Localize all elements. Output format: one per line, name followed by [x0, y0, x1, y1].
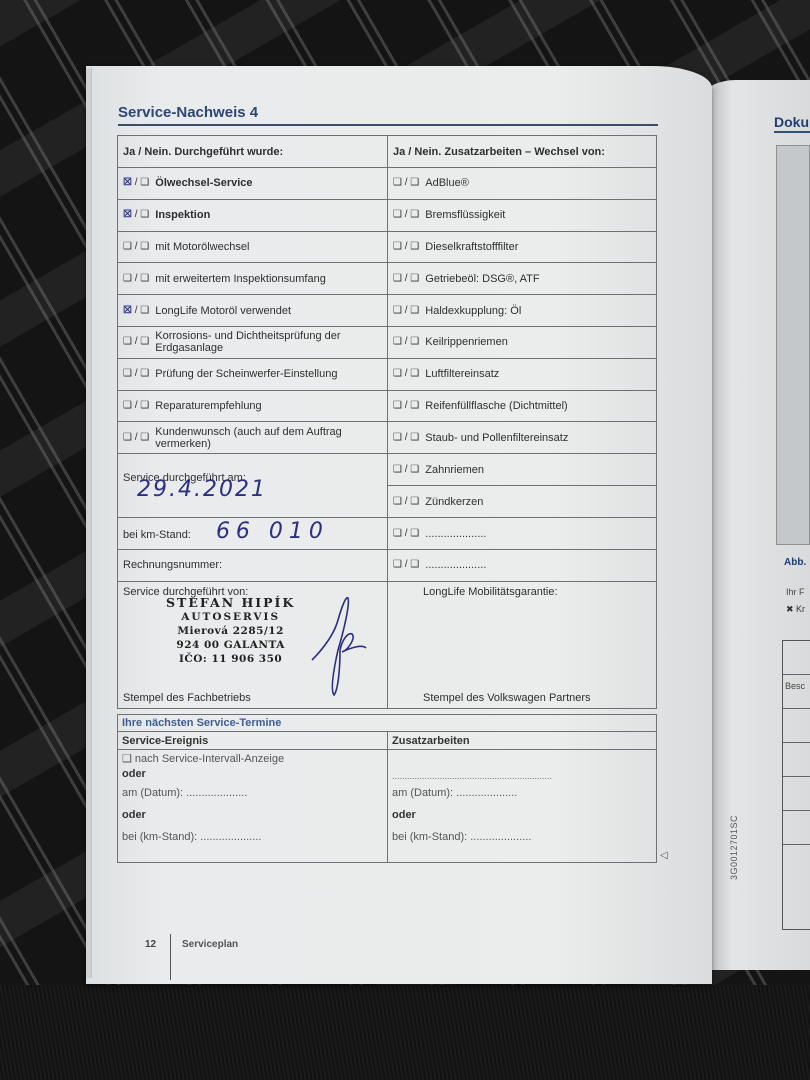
yes-no-checkbox[interactable]: ❑ / ❑ — [393, 528, 419, 540]
workshop-stamp-cell: Service durchgeführt von: STEFAN HIPÍK A… — [118, 581, 388, 708]
partner-stamp-cell: LongLife Mobilitätsgarantie: Stempel des… — [388, 581, 657, 708]
km-label: bei km-Stand: — [123, 529, 191, 541]
document-code: 3G0012701SC — [729, 815, 739, 880]
yes-no-checkbox[interactable]: ❑ / ❑ — [393, 400, 419, 412]
workshop-stamp: STEFAN HIPÍK AUTOSERVIS Mierová 2285/12 … — [166, 596, 295, 666]
service-date-cell[interactable]: Service durchgeführt am: 29.4.2021 — [118, 454, 388, 518]
km-value: 66 010 — [216, 519, 329, 544]
right-item-6[interactable]: ❑ / ❑Luftfiltereinsatz — [388, 358, 657, 390]
right-item-2[interactable]: ❑ / ❑Dieselkraftstofffilter — [388, 231, 657, 263]
right-table-row — [783, 777, 810, 811]
yes-no-checkbox[interactable]: ❑ / ❑ — [393, 305, 419, 317]
yes-no-checkbox[interactable]: ❑ / ❑ — [393, 464, 419, 476]
left-item-0[interactable]: ☒ / ❑Ölwechsel-Service — [118, 168, 388, 200]
right-page-text: Ihr F — [786, 587, 805, 597]
yes-no-checkbox[interactable]: ❑ / ❑ — [393, 432, 419, 444]
yes-no-checkbox[interactable]: ❑ / ❑ — [393, 209, 419, 221]
additional-work-field[interactable]: ........................................… — [392, 752, 652, 782]
yes-no-checkbox[interactable]: ❑ / ❑ — [393, 496, 419, 508]
yes-no-checkbox[interactable]: ❑ / ❑ — [123, 368, 149, 380]
yes-no-checkbox[interactable]: ❑ / ❑ — [123, 432, 149, 444]
additional-km-field[interactable]: bei (km-Stand): .................... — [392, 826, 652, 848]
left-item-2[interactable]: ❑ / ❑mit Motorölwechsel — [118, 231, 388, 263]
right-item-0[interactable]: ❑ / ❑AdBlue® — [388, 168, 657, 200]
invoice-label: Rechnungsnummer: — [123, 559, 222, 571]
signature-icon — [308, 590, 368, 700]
right-title-rule — [774, 131, 810, 133]
right-item-7[interactable]: ❑ / ❑Reifenfüllflasche (Dichtmittel) — [388, 390, 657, 422]
left-item-8[interactable]: ❑ / ❑Kundenwunsch (auch auf dem Auftrag … — [118, 422, 388, 454]
right-table-row: Besc — [783, 675, 810, 709]
or-label: oder — [122, 766, 383, 782]
interval-checkbox[interactable]: ❑ nach Service-Intervall-Anzeige — [122, 752, 383, 766]
checked-yes-checkbox[interactable]: ☒ / ❑ — [123, 177, 149, 189]
next-service-table: Ihre nächsten Service-Termine Service-Er… — [117, 714, 657, 863]
stamp-caption: Stempel des Fachbetriebs — [123, 692, 251, 704]
or-label: oder — [122, 804, 383, 826]
yes-no-checkbox[interactable]: ❑ / ❑ — [393, 241, 419, 253]
right-item-5[interactable]: ❑ / ❑Keilrippenriemen — [388, 326, 657, 358]
next-service-title: Ihre nächsten Service-Termine — [118, 715, 657, 732]
header-performed: Ja / Nein. Durchgeführt wurde: — [118, 136, 388, 168]
right-item-12[interactable]: ❑ / ❑.................... — [388, 549, 657, 581]
left-item-3[interactable]: ❑ / ❑mit erweitertem Inspektionsumfang — [118, 263, 388, 295]
checked-yes-checkbox[interactable]: ☒ / ❑ — [123, 209, 149, 221]
right-page-figure — [776, 145, 810, 545]
fabric-background — [0, 985, 810, 1080]
right-table-row — [783, 709, 810, 743]
yes-no-checkbox[interactable]: ❑ / ❑ — [123, 241, 149, 253]
right-item-3[interactable]: ❑ / ❑Getriebeöl: DSG®, ATF — [388, 263, 657, 295]
additional-date-field[interactable]: am (Datum): .................... — [392, 782, 652, 804]
left-item-5[interactable]: ❑ / ❑Korrosions- und Dichtheitsprüfung d… — [118, 326, 388, 358]
figure-label: Abb. — [784, 557, 806, 568]
right-page-table: Besc — [782, 640, 810, 930]
service-date-value: 29.4.2021 — [137, 477, 267, 502]
checked-yes-checkbox[interactable]: ☒ / ❑ — [123, 305, 149, 317]
yes-no-checkbox[interactable]: ❑ / ❑ — [393, 559, 419, 571]
right-item-10[interactable]: ❑ / ❑Zündkerzen — [388, 486, 657, 518]
right-page-text: ✖ Kr — [786, 604, 805, 615]
partner-caption: Stempel des Volkswagen Partners — [423, 692, 591, 704]
yes-no-checkbox[interactable]: ❑ / ❑ — [393, 177, 419, 189]
next-km-field[interactable]: bei (km-Stand): .................... — [122, 826, 383, 848]
col-service-event: Service-Ereignis — [118, 732, 388, 750]
right-item-1[interactable]: ❑ / ❑Bremsflüssigkeit — [388, 199, 657, 231]
section-title: Serviceplan — [182, 939, 238, 950]
page-number: 12 — [145, 939, 156, 950]
page-edge — [86, 68, 92, 978]
yes-no-checkbox[interactable]: ❑ / ❑ — [393, 368, 419, 380]
additional-work-cell: ........................................… — [388, 750, 657, 863]
header-additional: Ja / Nein. Zusatzarbeiten – Wechsel von: — [388, 136, 657, 168]
yes-no-checkbox[interactable]: ❑ / ❑ — [393, 336, 419, 348]
yes-no-checkbox[interactable]: ❑ / ❑ — [123, 273, 149, 285]
right-table-row — [783, 811, 810, 845]
left-item-7[interactable]: ❑ / ❑Reparaturempfehlung — [118, 390, 388, 422]
right-item-4[interactable]: ❑ / ❑Haldexkupplung: Öl — [388, 295, 657, 327]
guarantee-label: LongLife Mobilitätsgarantie: — [423, 586, 651, 598]
right-table-row — [783, 641, 810, 675]
right-item-11[interactable]: ❑ / ❑.................... — [388, 518, 657, 550]
footer-separator — [170, 934, 171, 980]
right-item-8[interactable]: ❑ / ❑Staub- und Pollenfiltereinsatz — [388, 422, 657, 454]
service-record-table: Ja / Nein. Durchgeführt wurde: Ja / Nein… — [117, 135, 657, 709]
yes-no-checkbox[interactable]: ❑ / ❑ — [123, 400, 149, 412]
right-table-row — [783, 743, 810, 777]
yes-no-checkbox[interactable]: ❑ / ❑ — [393, 273, 419, 285]
km-cell[interactable]: bei km-Stand: 66 010 — [118, 518, 388, 550]
page-title: Service-Nachweis 4 — [118, 104, 258, 121]
invoice-cell[interactable]: Rechnungsnummer: — [118, 549, 388, 581]
title-rule — [118, 124, 658, 126]
left-item-4[interactable]: ☒ / ❑LongLife Motoröl verwendet — [118, 295, 388, 327]
col-additional-work: Zusatzarbeiten — [388, 732, 657, 750]
left-item-6[interactable]: ❑ / ❑Prüfung der Scheinwerfer-Einstellun… — [118, 358, 388, 390]
yes-no-checkbox[interactable]: ❑ / ❑ — [123, 336, 149, 348]
next-date-field[interactable]: am (Datum): .................... — [122, 782, 383, 804]
or-label: oder — [392, 804, 652, 826]
left-item-1[interactable]: ☒ / ❑Inspektion — [118, 199, 388, 231]
right-item-9[interactable]: ❑ / ❑Zahnriemen — [388, 454, 657, 486]
continue-arrow-icon: ◁ — [660, 850, 668, 861]
right-page-title: Doku — [774, 114, 809, 130]
service-event-cell: ❑ nach Service-Intervall-Anzeige oder am… — [118, 750, 388, 863]
